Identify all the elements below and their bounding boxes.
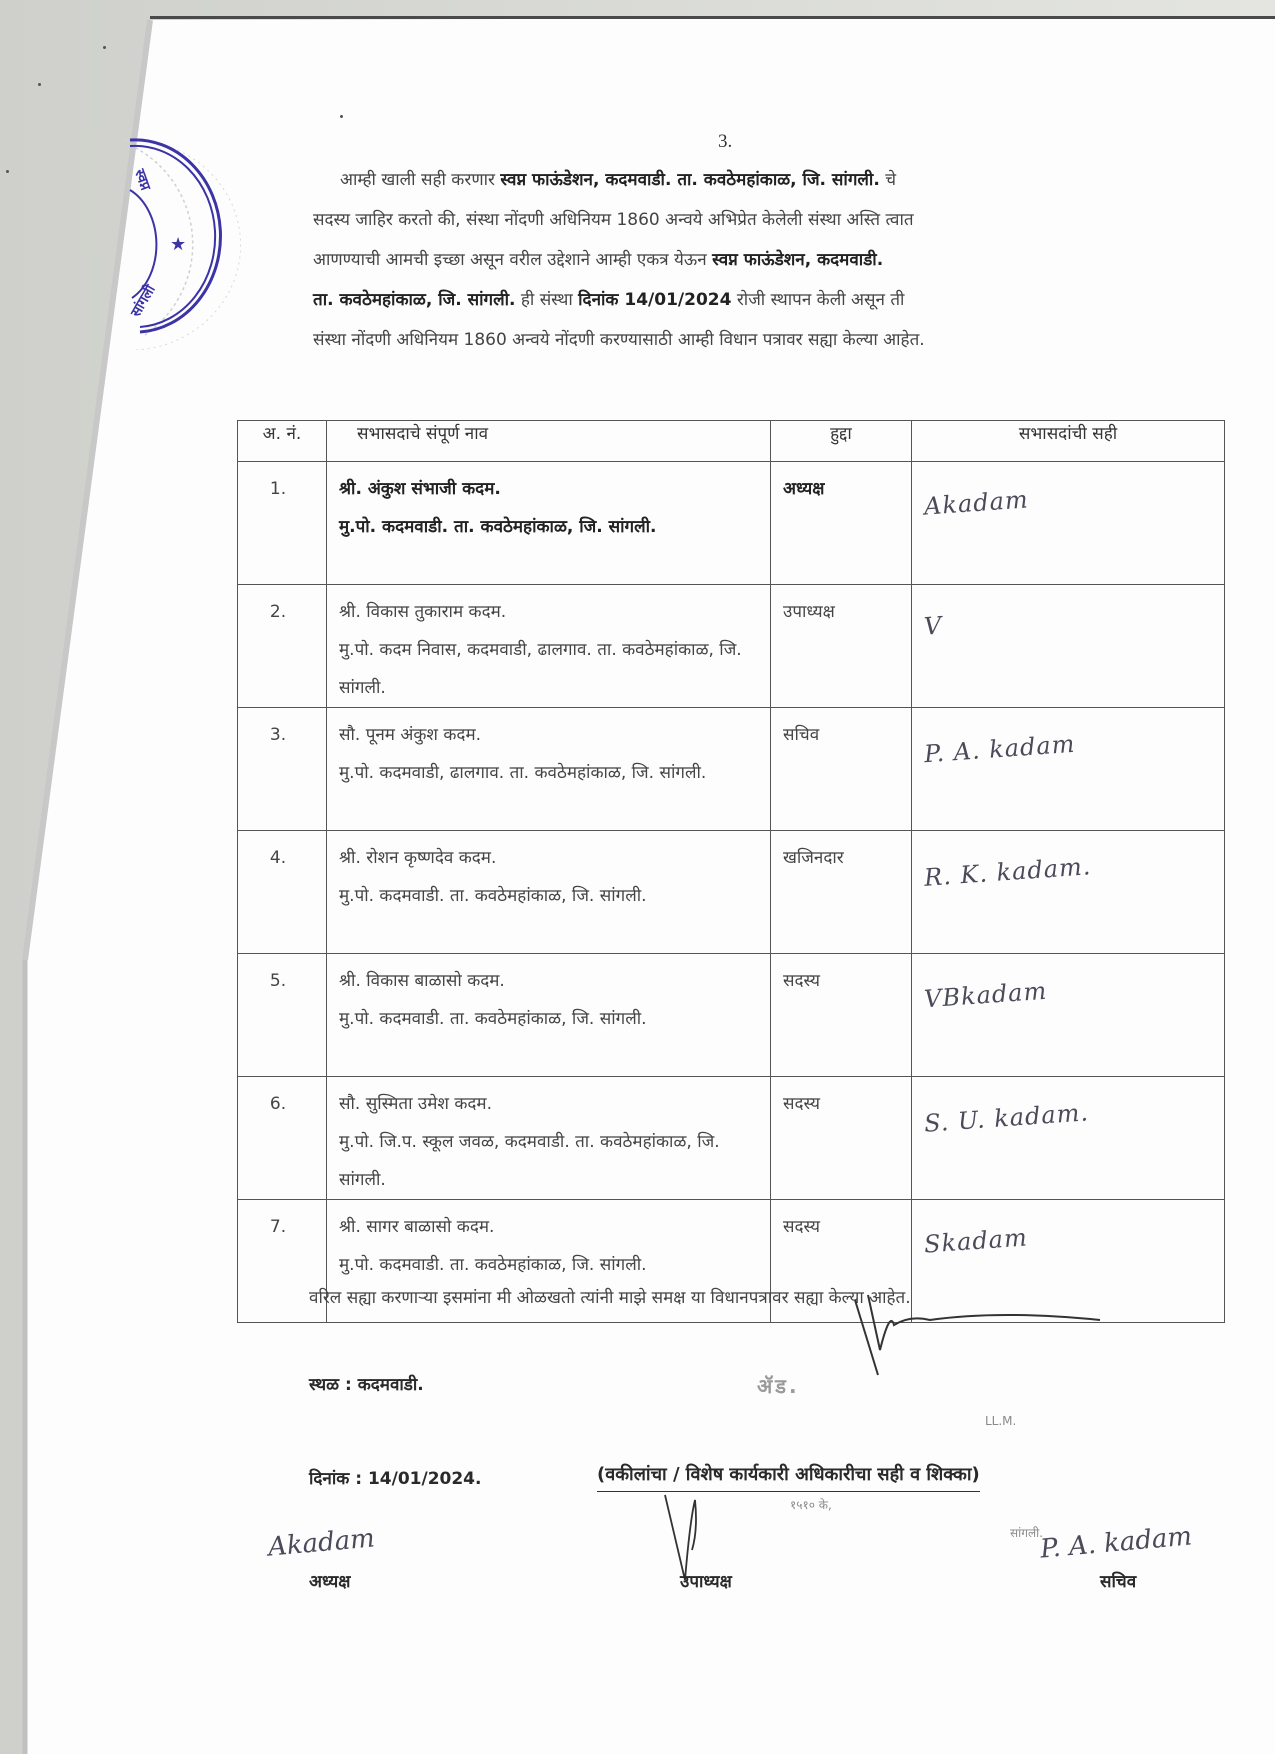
member-name: सौ. पूनम अंकुश कदम. xyxy=(339,716,762,754)
role-secretary: सचिव xyxy=(1100,1569,1136,1592)
member-address: मु.पो. कदमवाडी. ता. कवठेमहांकाळ, जि. सां… xyxy=(339,1246,762,1284)
advocate-stamp-degree: LL.M. xyxy=(985,1414,1016,1428)
member-name-cell: सौ. पूनम अंकुश कदम.मु.पो. कदमवाडी, ढालगा… xyxy=(327,708,771,831)
serial-no: 1. xyxy=(238,462,327,585)
member-signature: P. A. kadam xyxy=(923,725,1077,773)
member-signature: S. U. kadam. xyxy=(923,1093,1090,1142)
role-vice-president: उपाध्यक्ष xyxy=(680,1569,732,1592)
serial-no: 2. xyxy=(238,585,327,708)
member-name: श्री. विकास बाळासो कदम. xyxy=(339,962,762,1000)
member-signature: Akadam xyxy=(923,480,1030,525)
member-signature: VBkadam xyxy=(923,972,1049,1019)
header-serial-no: अ. नं. xyxy=(238,421,327,462)
member-post: सचिव xyxy=(771,708,912,831)
svg-text:★: ★ xyxy=(170,234,186,255)
member-address: मु.पो. कदम निवास, कदमवाडी, ढालगाव. ता. क… xyxy=(339,631,762,707)
serial-no: 5. xyxy=(238,954,327,1077)
member-name: श्री. विकास तुकाराम कदम. xyxy=(339,593,762,631)
header-post: हुद्दा xyxy=(771,421,912,462)
header-signature: सभासदांची सही xyxy=(912,421,1225,462)
member-name: श्री. सागर बाळासो कदम. xyxy=(339,1208,762,1246)
scan-speck xyxy=(340,115,343,118)
scan-speck xyxy=(103,46,106,49)
paragraph-line: आम्ही खाली सही करणार स्वप्न फाऊंडेशन, कद… xyxy=(313,160,1158,200)
member-name-cell: श्री. विकास तुकाराम कदम.मु.पो. कदम निवास… xyxy=(327,585,771,708)
member-name: श्री. रोशन कृष्णदेव कदम. xyxy=(339,839,762,877)
member-name: श्री. अंकुश संभाजी कदम. xyxy=(339,470,762,508)
advocate-stamp-line2: सांगली. xyxy=(1010,1524,1043,1541)
member-post: उपाध्यक्ष xyxy=(771,585,912,708)
member-post: अध्यक्ष xyxy=(771,462,912,585)
member-name-cell: सौ. सुस्मिता उमेश कदम.मु.पो. जि.प. स्कूल… xyxy=(327,1077,771,1200)
header-full-name: सभासदाचे संपूर्ण नाव xyxy=(327,421,771,462)
serial-no: 6. xyxy=(238,1077,327,1200)
member-name-cell: श्री. विकास बाळासो कदम.मु.पो. कदमवाडी. त… xyxy=(327,954,771,1077)
advocate-stamp-line1: १५१० के, xyxy=(790,1496,832,1513)
serial-no: 4. xyxy=(238,831,327,954)
role-president: अध्यक्ष xyxy=(309,1569,350,1592)
table-row: 6.सौ. सुस्मिता उमेश कदम.मु.पो. जि.प. स्क… xyxy=(238,1077,1225,1200)
member-signature: Skadam xyxy=(923,1218,1029,1263)
member-signature: V xyxy=(923,606,944,645)
member-signature-cell: P. A. kadam xyxy=(912,708,1225,831)
member-name-cell: श्री. अंकुश संभाजी कदम.मु.पो. कदमवाडी. त… xyxy=(327,462,771,585)
svg-text:सांगली: सांगली xyxy=(127,281,160,321)
member-address: मु.पो. कदमवाडी. ता. कवठेमहांकाळ, जि. सां… xyxy=(339,1000,762,1038)
member-post: खजिनदार xyxy=(771,831,912,954)
page-top-edge xyxy=(150,16,1275,19)
page-number: 3. xyxy=(718,131,732,153)
table-row: 5.श्री. विकास बाळासो कदम.मु.पो. कदमवाडी.… xyxy=(238,954,1225,1077)
advocate-signature xyxy=(850,1290,1110,1380)
paragraph-line: सदस्य जाहिर करतो की, संस्था नोंदणी अधिनि… xyxy=(313,200,1158,240)
attestation-statement: वरिल सह्या करणाऱ्या इसमांना मी ओळखतो त्य… xyxy=(309,1285,911,1308)
place-label: स्थळ : कदमवाडी. xyxy=(309,1372,424,1395)
scan-speck xyxy=(38,83,41,86)
table-row: 4.श्री. रोशन कृष्णदेव कदम.मु.पो. कदमवाडी… xyxy=(238,831,1225,954)
member-name: सौ. सुस्मिता उमेश कदम. xyxy=(339,1085,762,1123)
member-signature-cell: Akadam xyxy=(912,462,1225,585)
member-signature-cell: VBkadam xyxy=(912,954,1225,1077)
member-name-cell: श्री. रोशन कृष्णदेव कदम.मु.पो. कदमवाडी. … xyxy=(327,831,771,954)
advocate-stamp-title: ॲड. xyxy=(757,1372,800,1399)
advocate-seal-label: (वकीलांचा / विशेष कार्यकारी अधिकारीचा सह… xyxy=(597,1462,980,1492)
member-address: मु.पो. कदमवाडी. ता. कवठेमहांकाळ, जि. सां… xyxy=(339,508,762,546)
member-signature-cell: S. U. kadam. xyxy=(912,1077,1225,1200)
paragraph-line: आणण्याची आमची इच्छा असून वरील उद्देशाने … xyxy=(313,240,1158,280)
members-table: अ. नं. सभासदाचे संपूर्ण नाव हुद्दा सभासद… xyxy=(237,420,1225,1323)
table-row: 2.श्री. विकास तुकाराम कदम.मु.पो. कदम निव… xyxy=(238,585,1225,708)
date-label: दिनांक : 14/01/2024. xyxy=(309,1466,481,1489)
paragraph-line: ता. कवठेमहांकाळ, जि. सांगली. ही संस्था द… xyxy=(313,280,1158,320)
scan-speck xyxy=(6,170,9,173)
paragraph-line: संस्था नोंदणी अधिनियम 1860 अन्वये नोंदणी… xyxy=(313,320,1158,360)
member-post: सदस्य xyxy=(771,954,912,1077)
member-address: मु.पो. कदमवाडी. ता. कवठेमहांकाळ, जि. सां… xyxy=(339,877,762,915)
svg-text:स्वप्न: स्वप्न xyxy=(131,166,154,193)
declaration-paragraph: आम्ही खाली सही करणार स्वप्न फाऊंडेशन, कद… xyxy=(313,160,1158,360)
member-post: सदस्य xyxy=(771,1077,912,1200)
serial-no: 3. xyxy=(238,708,327,831)
member-signature: R. K. kadam. xyxy=(923,847,1093,897)
member-signature-cell: R. K. kadam. xyxy=(912,831,1225,954)
organization-seal-icon: स्वप्न ★ सांगली xyxy=(100,110,300,350)
table-header-row: अ. नं. सभासदाचे संपूर्ण नाव हुद्दा सभासद… xyxy=(238,421,1225,462)
member-address: मु.पो. कदमवाडी, ढालगाव. ता. कवठेमहांकाळ,… xyxy=(339,754,762,792)
member-address: मु.पो. जि.प. स्कूल जवळ, कदमवाडी. ता. कवठ… xyxy=(339,1123,762,1199)
member-signature-cell: V xyxy=(912,585,1225,708)
table-row: 1.श्री. अंकुश संभाजी कदम.मु.पो. कदमवाडी.… xyxy=(238,462,1225,585)
table-row: 3.सौ. पूनम अंकुश कदम.मु.पो. कदमवाडी, ढाल… xyxy=(238,708,1225,831)
